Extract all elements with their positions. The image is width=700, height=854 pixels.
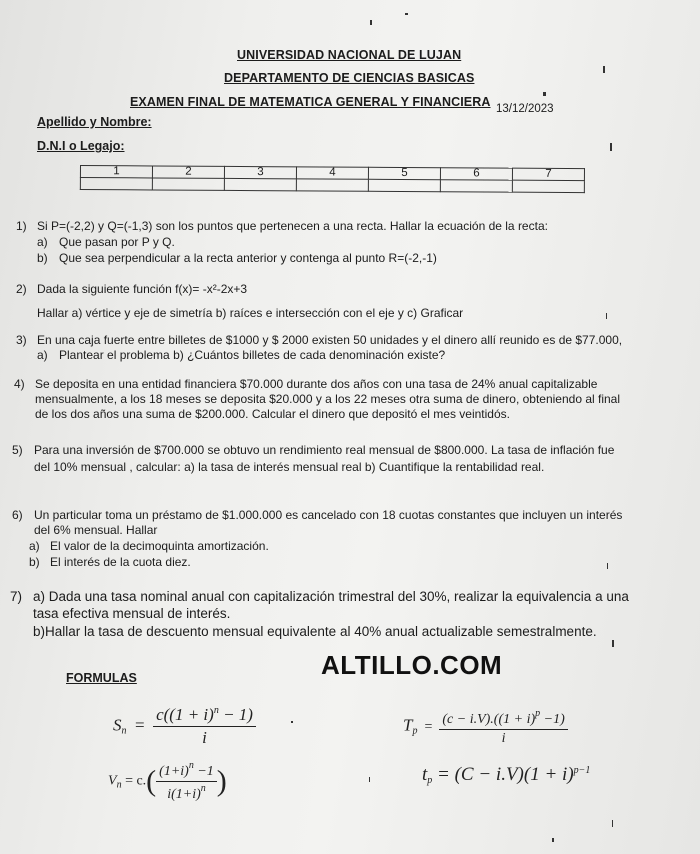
watermark-brand: ALTILLO.COM	[321, 650, 502, 681]
question-1: 1)	[16, 220, 27, 233]
formula-tp-fraction: (c − i.V).((1 + i)p −1) i	[439, 708, 567, 747]
question-4-line-1: Se deposita en una entidad financiera $7…	[35, 378, 597, 391]
question-1-text: Si P=(-2,2) y Q=(-1,3) son los puntos qu…	[37, 220, 548, 233]
exam-date: 13/12/2023	[496, 103, 554, 115]
question-4-line-3: de los dos años una suma de $200.000. Ca…	[35, 408, 510, 421]
scan-speck	[610, 143, 612, 151]
scan-speck	[543, 92, 546, 96]
question-1a-text: Que pasan por P y Q.	[59, 236, 175, 249]
question-number: 7)	[10, 590, 22, 603]
grade-column-header: 5	[368, 167, 440, 179]
question-6-line-2: del 6% mensual. Hallar	[34, 524, 157, 537]
formula-vn-numerator-tail: −1	[194, 764, 214, 779]
formulas-title: FORMULAS	[66, 671, 137, 685]
question-6-line-1: Un particular toma un préstamo de $1.000…	[34, 509, 622, 522]
formula-tp-small: tp = (C − i.V)(1 + i)p−1	[422, 764, 590, 786]
question-7-line-1: a) Dada una tasa nominal anual con capit…	[33, 590, 629, 603]
grade-cell	[152, 178, 224, 190]
grade-cell	[440, 180, 512, 192]
grade-cell	[80, 178, 152, 190]
formula-tp-small-rhs: = (C − i.V)(1 + i)	[437, 764, 574, 785]
question-6b-text: El interés de la cuota diez.	[50, 556, 191, 569]
question-number: 4)	[14, 378, 25, 391]
formula-tp-lhs-sub: p	[412, 726, 417, 737]
formula-vn-lhs-sub: n	[117, 780, 122, 791]
formula-tp-numerator-tail: −1)	[540, 712, 565, 727]
question-3-text: En una caja fuerte entre billetes de $10…	[37, 334, 622, 347]
question-1a-label: a)	[37, 236, 48, 249]
question-2-line-2: Hallar a) vértice y eje de simetría b) r…	[37, 307, 463, 320]
formula-sn-numerator: c((1 + i)	[156, 705, 214, 724]
question-3a-label: a)	[37, 349, 48, 362]
grade-column-header: 6	[440, 168, 512, 180]
grade-cell	[296, 179, 368, 191]
question-1b-text: Que sea perpendicular a la recta anterio…	[59, 252, 437, 265]
formula-sn-fraction: c((1 + i)n − 1) i	[153, 705, 256, 748]
question-1b-label: b)	[37, 252, 48, 265]
scan-speck	[552, 838, 554, 842]
formula-sn-numerator-tail: − 1)	[219, 705, 253, 724]
grade-column-header: 3	[224, 166, 296, 178]
grade-column-header: 7	[512, 168, 584, 180]
scan-speck	[612, 640, 614, 647]
formula-vn-lhs: V	[108, 774, 117, 789]
grade-column-header: 1	[80, 166, 152, 178]
scan-speck	[607, 563, 608, 569]
grade-cell	[368, 179, 440, 191]
formula-tp-small-lhs-sub: p	[427, 775, 432, 786]
university-title: UNIVERSIDAD NACIONAL DE LUJAN	[237, 48, 461, 62]
formula-tp-numerator: (c − i.V).((1 + i)	[442, 712, 535, 727]
scan-speck	[291, 721, 293, 723]
formula-vn-fraction: (1+i)n −1 i(1+i)n	[156, 760, 217, 803]
question-5-line-2: del 10% mensual , calcular: a) la tasa d…	[34, 461, 544, 474]
formula-vn-denominator: i(1+i)	[167, 787, 201, 802]
formula-vn-coefficient: = c.	[125, 774, 146, 789]
formula-sn-lhs: S	[113, 715, 122, 734]
formula-sn: Sn = c((1 + i)n − 1) i	[113, 705, 256, 748]
formula-vn: Vn = c.( (1+i)n −1 i(1+i)n )	[108, 760, 227, 803]
scan-speck	[369, 777, 370, 782]
scan-speck	[405, 13, 408, 15]
formula-vn-numerator: (1+i)	[159, 764, 189, 779]
question-2-line-1: Dada la siguiente función f(x)= -x²-2x+3	[37, 283, 247, 296]
question-number: 1)	[16, 219, 27, 233]
grade-column-header: 4	[296, 167, 368, 179]
formula-tp: Tp = (c − i.V).((1 + i)p −1) i	[403, 708, 568, 747]
formula-sn-denominator: i	[153, 727, 256, 748]
formula-sn-lhs-sub: n	[122, 725, 127, 736]
question-3a-text: Plantear el problema b) ¿Cuántos billete…	[59, 349, 445, 362]
scan-speck	[370, 20, 372, 25]
question-6b-label: b)	[29, 556, 40, 569]
question-6a-label: a)	[29, 540, 40, 553]
question-5-line-1: Para una inversión de $700.000 se obtuvo…	[34, 444, 614, 457]
name-label: Apellido y Nombre:	[37, 115, 152, 129]
formula-vn-denominator-exponent: n	[201, 783, 206, 794]
formula-tp-denominator: i	[439, 730, 567, 747]
grade-table: 1 2 3 4 5 6 7	[80, 165, 585, 193]
id-label: D.N.I o Legajo:	[37, 139, 125, 153]
department-title: DEPARTAMENTO DE CIENCIAS BASICAS	[224, 71, 474, 85]
question-7-line-3: b)Hallar la tasa de descuento mensual eq…	[33, 625, 597, 638]
question-number: 6)	[12, 509, 23, 522]
grade-table-score-row	[80, 178, 584, 193]
question-number: 5)	[12, 444, 23, 457]
question-4-line-2: mensualmente, a los 18 meses se deposita…	[35, 393, 620, 406]
scan-speck	[612, 820, 613, 827]
formula-tp-small-exponent: p−1	[574, 765, 591, 776]
scan-speck	[603, 66, 605, 73]
grade-column-header: 2	[152, 166, 224, 178]
exam-title: EXAMEN FINAL DE MATEMATICA GENERAL Y FIN…	[130, 95, 491, 109]
grade-cell	[224, 178, 296, 190]
question-number: 2)	[16, 283, 27, 296]
question-6a-text: El valor de la decimoquinta amortización…	[50, 540, 269, 553]
exam-page: UNIVERSIDAD NACIONAL DE LUJAN DEPARTAMEN…	[0, 0, 700, 854]
question-number: 3)	[16, 334, 27, 347]
question-7-line-2: tasa efectiva mensual de interés.	[33, 607, 230, 620]
scan-speck	[606, 313, 607, 319]
grade-cell	[512, 180, 584, 192]
